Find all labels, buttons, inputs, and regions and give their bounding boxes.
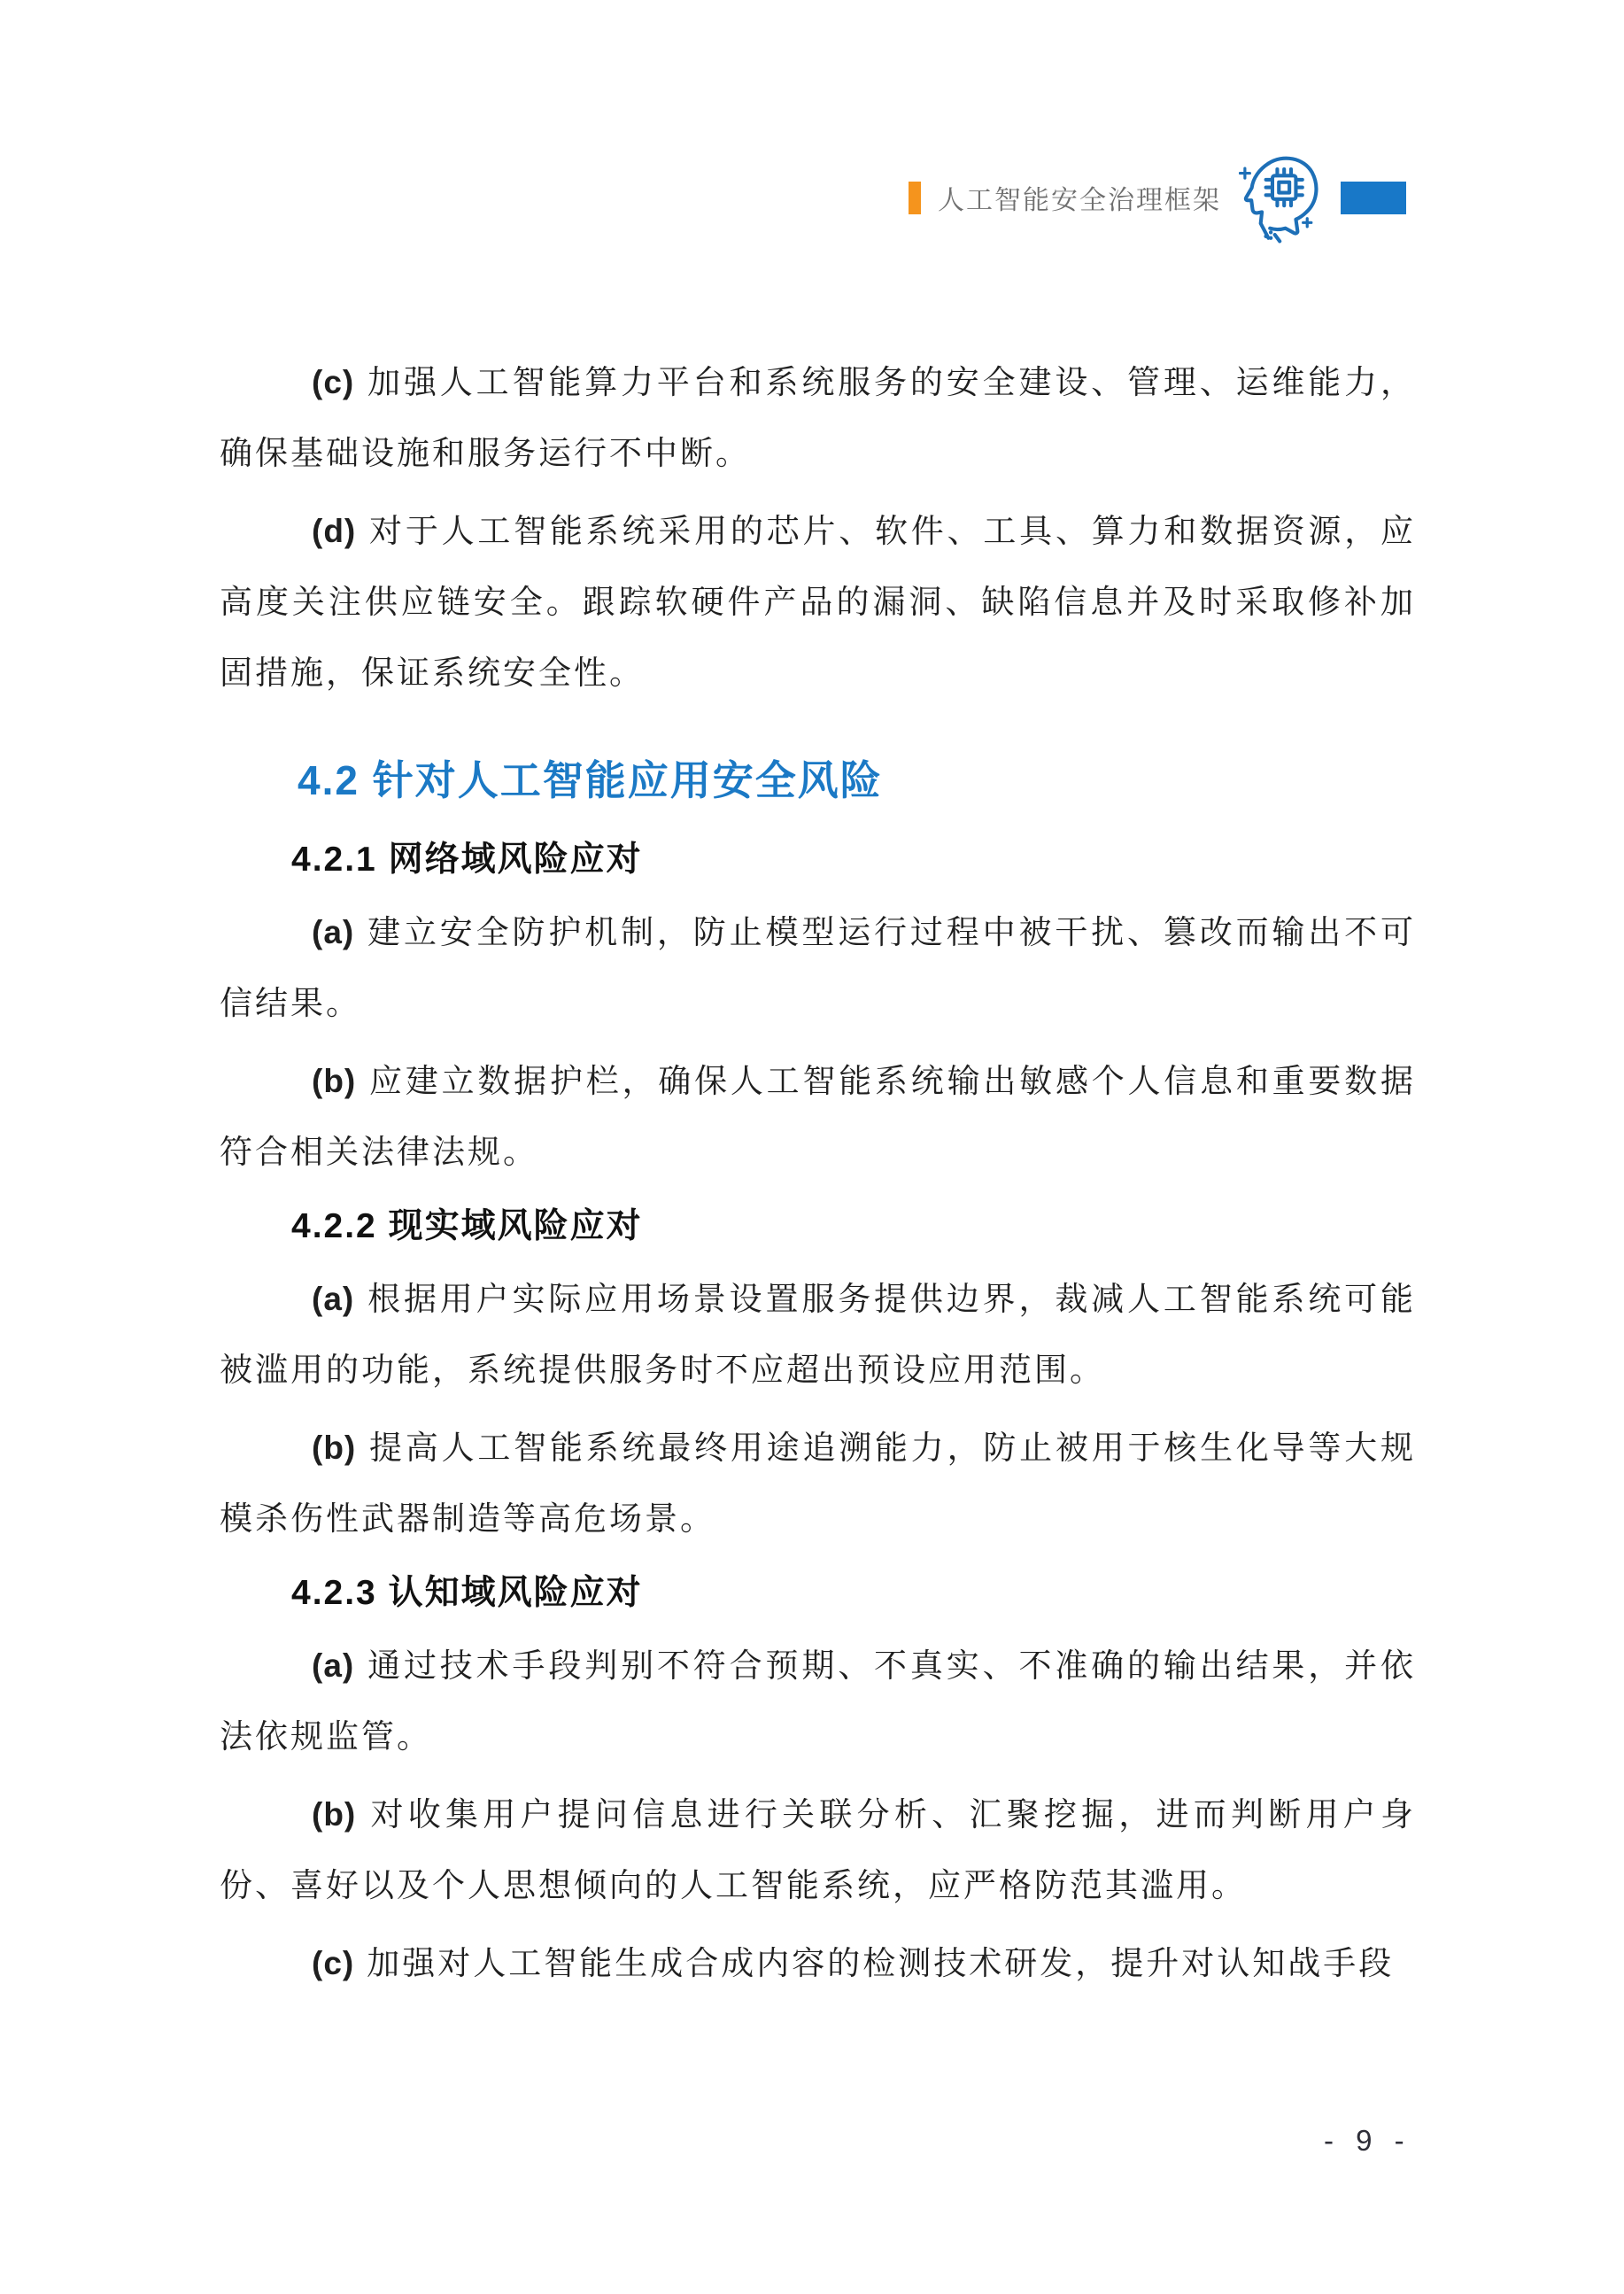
paragraph-text: 加强对人工智能生成合成内容的检测技术研发，提升对认知战手段 [367, 1945, 1394, 1981]
document-body: (c)加强人工智能算力平台和系统服务的安全建设、管理、运维能力，确保基础设施和服… [0, 0, 1624, 2006]
paragraph-text: 对于人工智能系统采用的芯片、软件、工具、算力和数据资源，应高度关注供应链安全。跟… [220, 513, 1416, 691]
paragraph-cognitive-b: (b)对收集用户提问信息进行关联分析、汇聚挖掘，进而判断用户身份、喜好以及个人思… [220, 1779, 1416, 1921]
paragraph-cognitive-a: (a)通过技术手段判别不符合预期、不真实、不准确的输出结果，并依法依规监管。 [220, 1631, 1416, 1772]
subsection-heading-4-2-3: 4.2.3 认知域风险应对 [220, 1569, 1416, 1618]
list-marker: (c) [312, 364, 354, 400]
list-marker: (b) [312, 1063, 356, 1099]
paragraph-text: 对收集用户提问信息进行关联分析、汇聚挖掘，进而判断用户身份、喜好以及个人思想倾向… [220, 1796, 1416, 1903]
paragraph-reality-a: (a)根据用户实际应用场景设置服务提供边界，裁减人工智能系统可能被滥用的功能，系… [220, 1264, 1416, 1406]
paragraph-text: 根据用户实际应用场景设置服务提供边界，裁减人工智能系统可能被滥用的功能，系统提供… [220, 1281, 1416, 1388]
paragraph-cognitive-c: (c)加强对人工智能生成合成内容的检测技术研发，提升对认知战手段 [220, 1928, 1416, 1999]
paragraph-text: 提高人工智能系统最终用途追溯能力，防止被用于核生化导等大规模杀伤性武器制造等高危… [220, 1430, 1416, 1537]
paragraph-infrastructure-c: (c)加强人工智能算力平台和系统服务的安全建设、管理、运维能力，确保基础设施和服… [220, 347, 1416, 489]
paragraph-text: 建立安全防护机制，防止模型运行过程中被干扰、篡改而输出不可信结果。 [220, 914, 1416, 1021]
section-heading-4-2: 4.2 针对人工智能应用安全风险 [220, 756, 1416, 805]
list-marker: (b) [312, 1430, 356, 1466]
list-marker: (a) [312, 914, 354, 950]
paragraph-network-a: (a)建立安全防护机制，防止模型运行过程中被干扰、篡改而输出不可信结果。 [220, 897, 1416, 1039]
paragraph-network-b: (b)应建立数据护栏，确保人工智能系统输出敏感个人信息和重要数据符合相关法律法规… [220, 1046, 1416, 1188]
list-marker: (a) [312, 1281, 354, 1317]
paragraph-text: 通过技术手段判别不符合预期、不真实、不准确的输出结果，并依法依规监管。 [220, 1647, 1416, 1755]
list-marker: (c) [312, 1945, 354, 1981]
paragraph-infrastructure-d: (d)对于人工智能系统采用的芯片、软件、工具、算力和数据资源，应高度关注供应链安… [220, 496, 1416, 709]
document-page: 人工智能安全治理框架 [0, 0, 1624, 2294]
paragraph-text: 应建立数据护栏，确保人工智能系统输出敏感个人信息和重要数据符合相关法律法规。 [220, 1063, 1416, 1170]
list-marker: (d) [312, 513, 356, 549]
paragraph-text: 加强人工智能算力平台和系统服务的安全建设、管理、运维能力，确保基础设施和服务运行… [220, 364, 1416, 471]
list-marker: (b) [312, 1796, 356, 1833]
page-number: - 9 - [1324, 2124, 1411, 2158]
subsection-heading-4-2-1: 4.2.1 网络域风险应对 [220, 835, 1416, 885]
paragraph-reality-b: (b)提高人工智能系统最终用途追溯能力，防止被用于核生化导等大规模杀伤性武器制造… [220, 1413, 1416, 1554]
subsection-heading-4-2-2: 4.2.2 现实域风险应对 [220, 1202, 1416, 1252]
list-marker: (a) [312, 1647, 354, 1684]
